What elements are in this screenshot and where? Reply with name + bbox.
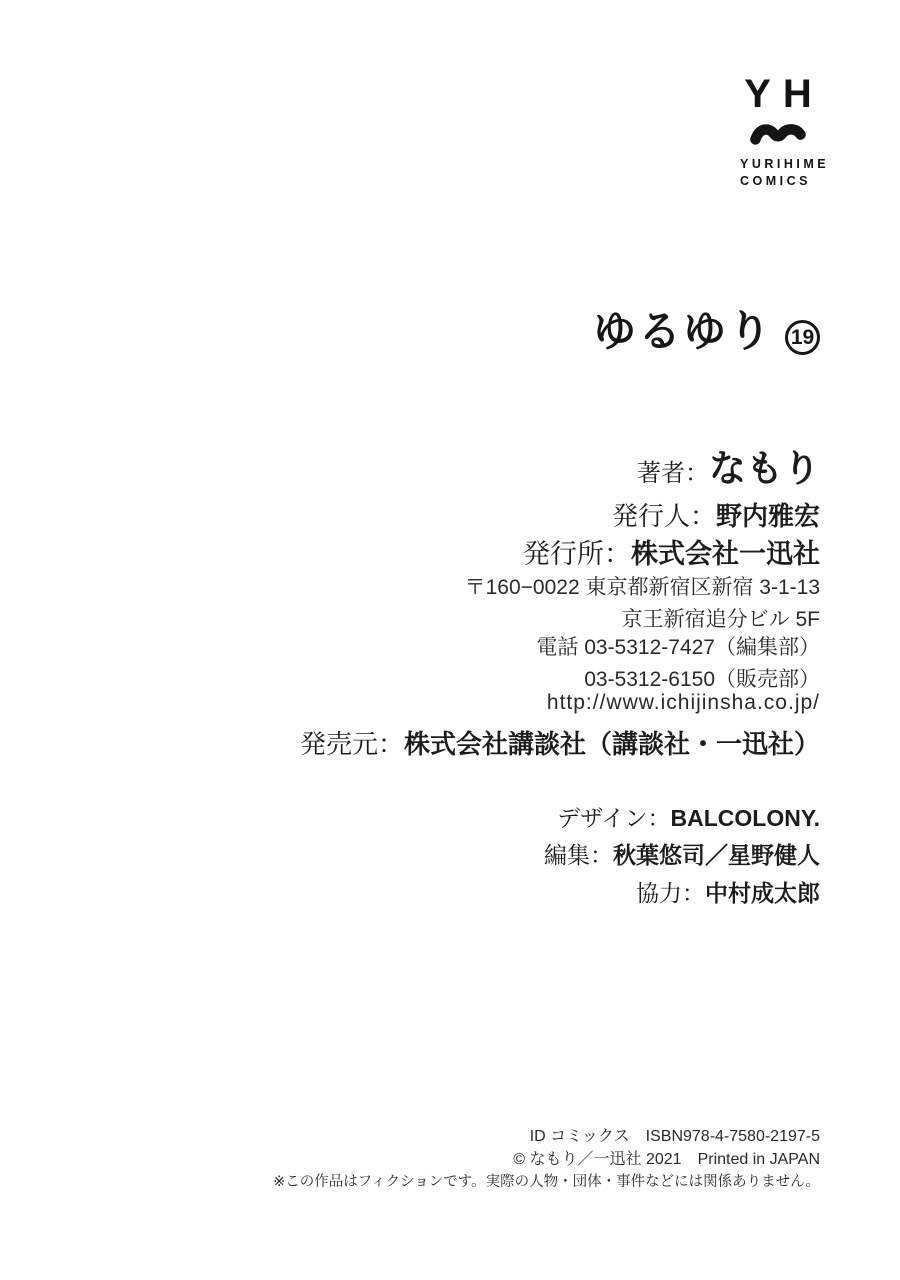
volume-number-badge: 19 — [785, 320, 820, 355]
publisher-line: 発行所：株式会社一迅社 — [523, 532, 820, 571]
publisher-url: http://www.ichijinsha.co.jp/ — [547, 691, 820, 715]
logo-letters: YH — [736, 74, 832, 114]
author-label: 著者： — [637, 460, 709, 487]
publisher-person-name: 野内雅宏 — [716, 501, 820, 531]
design-name: BALCOLONY. — [671, 805, 821, 831]
book-title: ゆるゆり19 — [593, 298, 820, 359]
distributor-line: 発売元：株式会社講談社（講談社・一迅社） — [300, 724, 820, 761]
cat-mouth-squiggle-icon — [749, 118, 807, 148]
imprint-isbn-line: ID コミックス ISBN978-4-7580-2197-5 — [530, 1123, 820, 1146]
copyright-line: © なもり／一迅社 2021 Printed in JAPAN — [513, 1146, 820, 1169]
cooperation-name: 中村成太郎 — [705, 880, 820, 906]
cooperation-credit-line: 協力：中村成太郎 — [636, 875, 820, 908]
design-credit-line: デザイン：BALCOLONY. — [557, 800, 820, 833]
author-line: 著者：なもり — [637, 438, 820, 492]
publisher-name: 株式会社一迅社 — [631, 539, 820, 569]
distributor-label: 発売元： — [300, 729, 404, 759]
publisher-label: 発行所： — [523, 539, 631, 569]
fiction-disclaimer: ※この作品はフィクションです。実際の人物・団体・事件などには関係ありません。 — [273, 1170, 820, 1191]
logo-imprint-line2: COMICS — [740, 173, 824, 190]
logo-imprint-name: YURIHIME COMICS — [736, 156, 824, 190]
editors-label: 編集： — [544, 842, 613, 868]
cooperation-label: 協力： — [636, 880, 705, 906]
book-title-text: ゆるゆり — [593, 308, 773, 356]
editors-names: 秋葉悠司／星野健人 — [613, 842, 820, 868]
editors-credit-line: 編集：秋葉悠司／星野健人 — [544, 837, 820, 870]
author-name: なもり — [709, 448, 820, 489]
publisher-person-label: 発行人： — [612, 501, 716, 531]
publisher-address-line1: 〒160−0022 東京都新宿区新宿 3-1-13 — [465, 571, 820, 601]
publisher-phone-sales: 03-5312-6150（販売部） — [584, 663, 820, 693]
design-label: デザイン： — [557, 805, 670, 831]
distributor-name: 株式会社講談社（講談社・一迅社） — [404, 729, 820, 759]
yurihime-comics-logo: YH YURIHIME COMICS — [736, 74, 820, 190]
publisher-person-line: 発行人：野内雅宏 — [612, 496, 820, 533]
colophon-page: YH YURIHIME COMICS ゆるゆり19 著者：なもり 発行人：野内雅… — [0, 0, 900, 1280]
logo-imprint-line1: YURIHIME — [740, 156, 824, 173]
publisher-phone-editorial: 電話 03-5312-7427（編集部） — [536, 631, 820, 661]
publisher-address-line2: 京王新宿追分ビル 5F — [622, 603, 820, 633]
